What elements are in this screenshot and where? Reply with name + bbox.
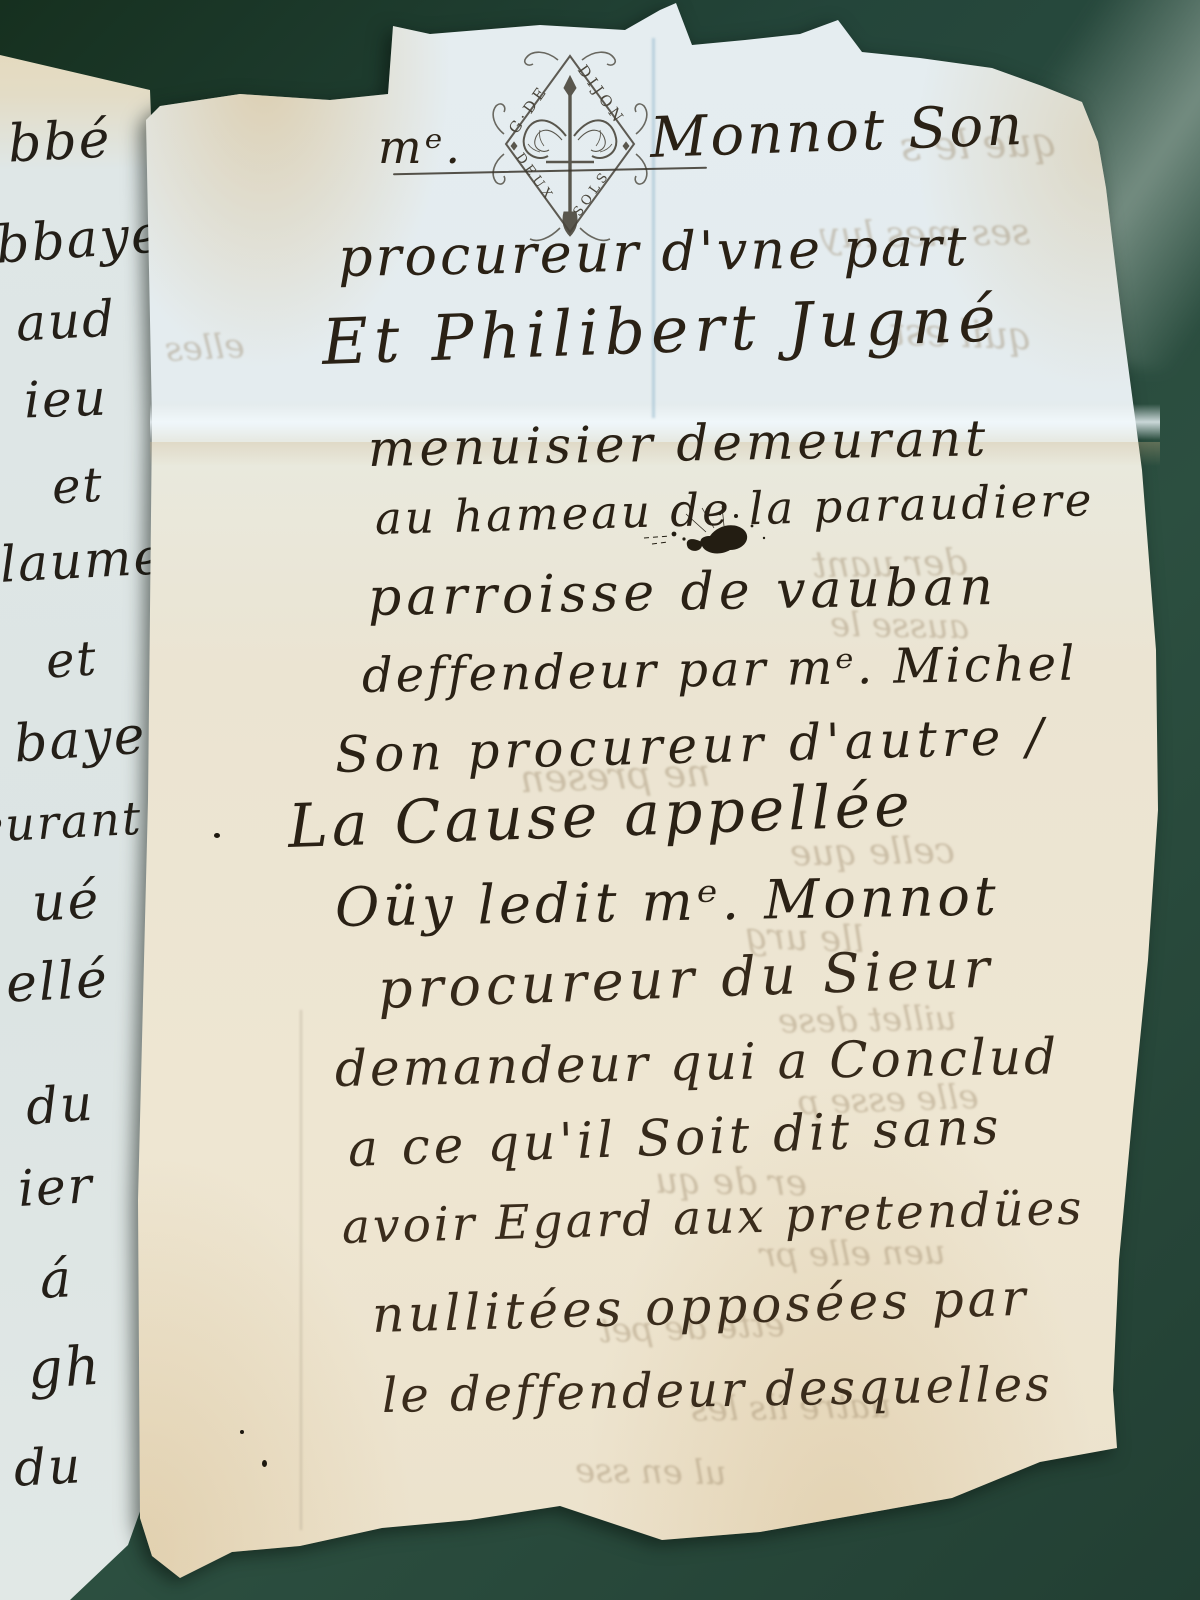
manuscript-line: menuisier demeurant xyxy=(367,409,989,478)
svg-text:DEUX: DEUX xyxy=(512,150,557,204)
manuscript-line: le deffendeur desquelles xyxy=(382,1356,1054,1424)
ink-speck xyxy=(262,1460,267,1467)
ink-speck xyxy=(240,1430,244,1434)
stamp-text-deux: DEUX xyxy=(512,150,557,204)
photograph-of-manuscript: bbé bbaye aud ieu et llaume et baye eura… xyxy=(0,0,1200,1600)
ink-blot xyxy=(640,498,780,578)
stamp-text-dijon: DIJON xyxy=(574,61,629,128)
svg-text:SOLS: SOLS xyxy=(571,167,614,219)
bleed-through-text: elles xyxy=(164,326,245,370)
bleed-through-text: ul en sse xyxy=(575,1451,727,1494)
vertical-crease xyxy=(300,1010,302,1530)
stamp-text-sols: SOLS xyxy=(571,167,614,219)
manuscript-line: mᵉ. xyxy=(378,120,463,174)
manuscript-line: Oüy ledit mᵉ. Monnot xyxy=(334,864,1000,939)
manuscript-line: procureur d'vne part xyxy=(337,215,970,289)
dijon-tax-stamp: G·DE DIJON DEUX SOLS xyxy=(488,42,652,247)
svg-text:DIJON: DIJON xyxy=(574,61,629,128)
manuscript-line: Monnot Son xyxy=(649,93,1026,171)
ink-speck xyxy=(214,833,220,838)
